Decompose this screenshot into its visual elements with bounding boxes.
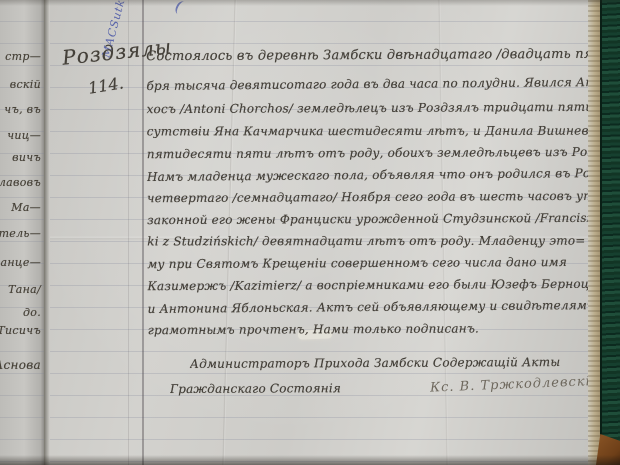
manuscript-line: ki z Studzińskich/ девятнадцати лѣтъ отъ…	[147, 234, 593, 249]
manuscript-fragment: стр—	[5, 50, 41, 63]
registry-book-photo: стр— вскій чъ, въ чиц— вичъ славовъ Ма— …	[0, 0, 620, 465]
manuscript-line: бря тысяча девятисотаго года въ два часа…	[146, 75, 592, 93]
manuscript-fragment: чъ, въ	[4, 103, 41, 116]
previous-page-edge: стр— вскій чъ, въ чиц— вичъ славовъ Ма— …	[0, 0, 44, 465]
manuscript-line: Казимержъ /Kazimierz/ а воспріемниками е…	[147, 277, 593, 293]
manuscript-fragment: тель—	[0, 227, 41, 240]
book-cover-green	[600, 0, 620, 465]
manuscript-line: пятидесяти пяти лѣтъ отъ роду, обоихъ зе…	[147, 145, 593, 161]
margin-rule-faint	[128, 0, 129, 465]
photo-bottom-shadow	[0, 455, 620, 465]
entry-number: 114.	[87, 73, 125, 97]
register-page: MACSutków Роздзялы 114. Состоялось въ де…	[50, 0, 592, 465]
manuscript-line-officiant: Гражданскаго Состоянія	[170, 380, 470, 396]
manuscript-line: Состоялось въ деревнѣ Замбски двѣнадцата…	[146, 47, 592, 64]
manuscript-fragment: до.	[23, 306, 41, 319]
manuscript-fragment: Тана/	[8, 283, 41, 296]
manuscript-fragment: Аснова	[0, 358, 41, 372]
manuscript-line-officiant: Администраторъ Прихода Замбски Содержащі…	[190, 355, 594, 371]
manuscript-fragment: вичъ	[12, 151, 41, 164]
manuscript-line: законной его жены Франциски урожденной С…	[147, 211, 593, 227]
manuscript-fragment: славовъ	[0, 176, 41, 189]
manuscript-fragment: Ма—	[11, 201, 41, 214]
manuscript-fragment: чиц—	[7, 129, 41, 142]
manuscript-fragment: Франце—	[0, 256, 41, 269]
manuscript-line: му при Святомъ Крещеніи совершенномъ сег…	[147, 255, 593, 271]
manuscript-fragment: вскій	[10, 78, 41, 91]
manuscript-line: и Антонина Яблоньская. Актъ сей объявляю…	[148, 298, 594, 316]
manuscript-line: Намъ младенца мужескаго пола, объявляя ч…	[147, 166, 593, 184]
priest-signature: Кс. В. Тржкодлевскій	[430, 374, 601, 396]
manuscript-fragment: Тисичъ	[0, 324, 41, 337]
photo-top-shadow	[0, 0, 620, 6]
margin-rule	[142, 0, 144, 465]
manuscript-line: грамотнымъ прочтенъ, Нами только подписа…	[148, 321, 594, 337]
manuscript-line: сутствіи Яна Качмарчика шестидесяти лѣтъ…	[147, 124, 593, 139]
manuscript-line: хосъ /Antoni Chorchos/ земледѣлецъ изъ Р…	[147, 100, 593, 116]
manuscript-line: четвертаго /семнадцатаго/ Ноября сего го…	[147, 189, 593, 205]
